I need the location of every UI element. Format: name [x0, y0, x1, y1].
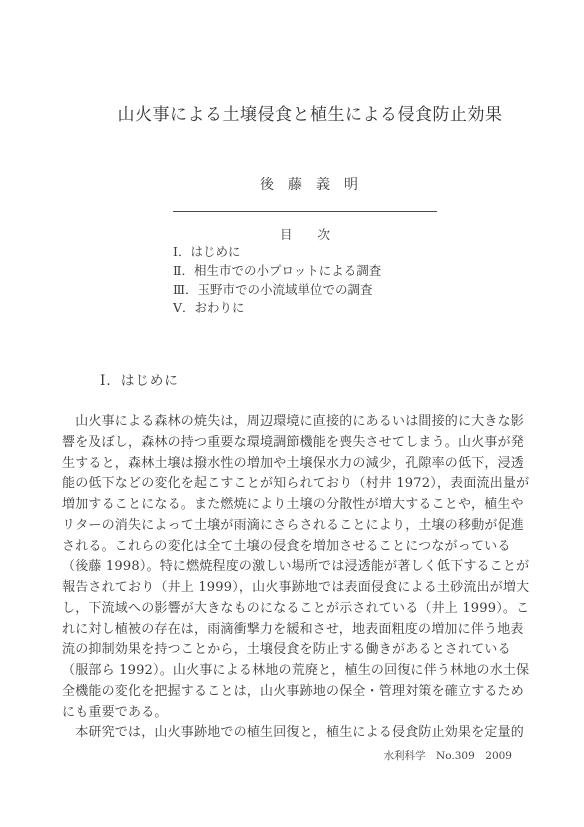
body-line: される。これらの変化は全て土壌の侵食を増加させることにつながっている	[62, 537, 524, 558]
body-line: れに対し植被の存在は，雨滴衝撃力を緩和させ，地表面粗度の増加に伴う地表	[62, 620, 524, 641]
journal-footer: 水利科学 No.309 2009	[384, 748, 512, 763]
page-title: 山火事による土壌侵食と植生による侵食防止効果	[36, 100, 584, 125]
body-line: 全機能の変化を把握することは，山火事跡地の保全・管理対策を確立するため	[62, 682, 524, 703]
paragraph-study: 本研究では，山火事跡地での植生回復と，植生による侵食防止効果を定量的	[62, 723, 524, 744]
body-line: （服部ら 1992）。山火事による林地の荒廃と，植生の回復に伴う林地の水土保	[62, 661, 524, 682]
body-line: 本研究では，山火事跡地での植生回復と，植生による侵食防止効果を定量的	[62, 723, 524, 744]
divider-line	[173, 211, 437, 212]
toc-heading: 目 次	[173, 225, 437, 243]
body-line: 響を及ぼし，森林の持つ重要な環境調節機能を喪失させてしまう。山火事が発	[62, 433, 524, 454]
paragraph-intro: 山火事による森林の焼失は，周辺環境に直接的にあるいは間接的に大きな影響を及ぼし，…	[62, 412, 524, 723]
body-line: 流の抑制効果を持つことから，土壌侵食を防止する働きがあるとされている	[62, 640, 524, 661]
body-line: にも重要である。	[62, 703, 524, 724]
body-line: 報告されており（井上 1999），山火事跡地では表面侵食による土砂流出が増大	[62, 578, 524, 599]
toc-list: Ⅰ．はじめにⅡ．相生市での小プロットによる調査Ⅲ．玉野市での小流域単位での調査Ⅴ…	[173, 243, 381, 318]
author-name: 後 藤 義 明	[34, 174, 584, 194]
body-line: 山火事による森林の焼失は，周辺環境に直接的にあるいは間接的に大きな影	[62, 412, 524, 433]
toc-item: Ⅱ．相生市での小プロットによる調査	[173, 262, 381, 281]
body-line: 生すると，森林土壌は撥水性の増加や土壌保水力の減少，孔隙率の低下，浸透	[62, 454, 524, 475]
section-heading: Ⅰ．はじめに	[100, 369, 179, 389]
document-page: 山火事による土壌侵食と植生による侵食防止効果 後 藤 義 明 目 次 Ⅰ．はじめ…	[0, 0, 584, 827]
toc-item: Ⅴ．おわりに	[173, 299, 381, 318]
toc-item: Ⅲ．玉野市での小流域単位での調査	[173, 281, 381, 300]
body-line: し，下流域への影響が大きなものになることが示されている（井上 1999）。こ	[62, 599, 524, 620]
body-line: 増加することになる。また燃焼により土壌の分散性が増大することや，植生や	[62, 495, 524, 516]
toc-item: Ⅰ．はじめに	[173, 243, 381, 262]
body-line: 能の低下などの変化を起こすことが知られており（村井 1972），表面流出量が	[62, 474, 524, 495]
body-line: （後藤 1998）。特に燃焼程度の激しい場所では浸透能が著しく低下することが	[62, 557, 524, 578]
body-line: リターの消失によって土壌が雨滴にさらされることにより，土壌の移動が促進	[62, 516, 524, 537]
body-text: 山火事による森林の焼失は，周辺環境に直接的にあるいは間接的に大きな影響を及ぼし，…	[62, 412, 524, 744]
